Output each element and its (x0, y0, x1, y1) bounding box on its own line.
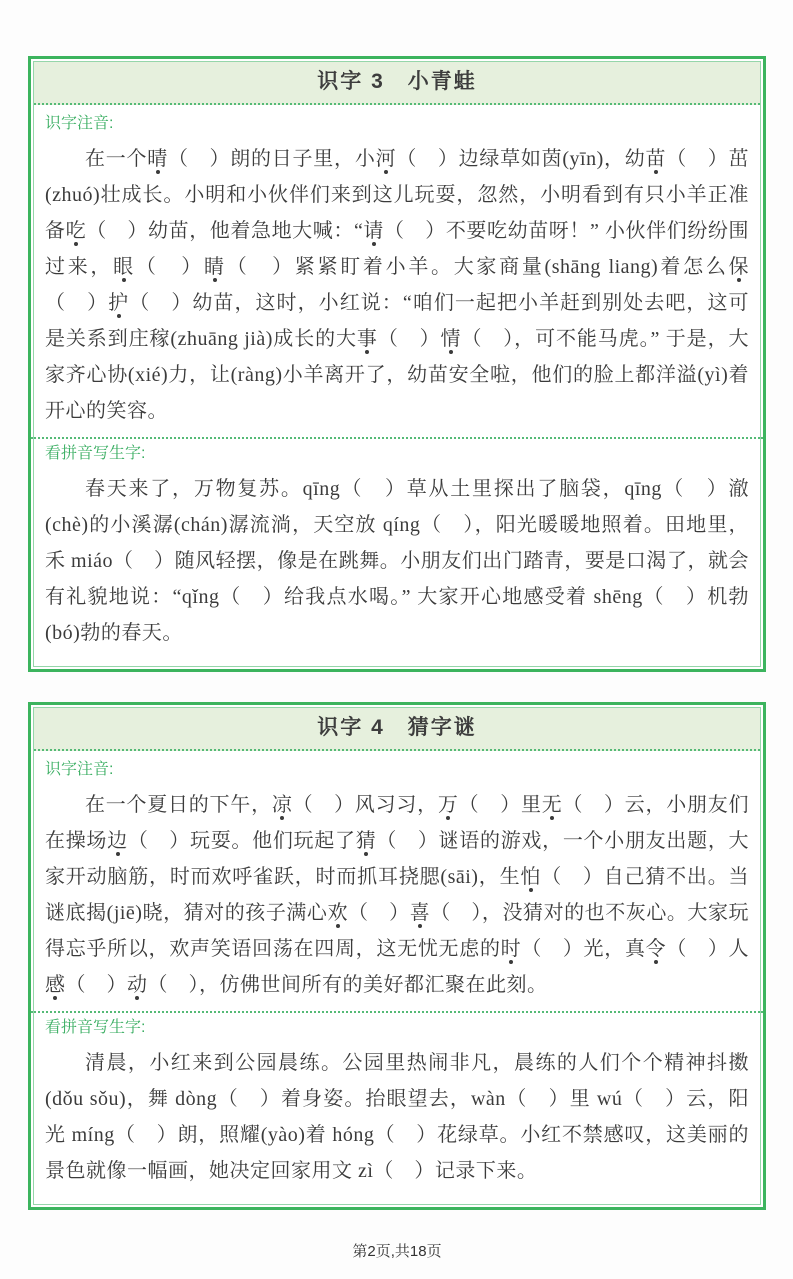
section-divider (31, 437, 763, 439)
lesson-title: 识字 4 猜字谜 (34, 715, 760, 741)
section-divider (31, 1011, 763, 1013)
pinyin-annotation-section: 识字注音: 在一个晴（ ）朗的日子里，小河（ ）边绿草如茵(yīn)，幼苗（ ）… (45, 113, 749, 429)
section-label: 识字注音: (45, 113, 749, 135)
lesson-card-2: 识字 4 猜字谜 识字注音: 在一个夏日的下午，凉（ ）风习习，万（ ）里无（ … (28, 702, 766, 1210)
worksheet-page: 识字 3 小青蛙 识字注音: 在一个晴（ ）朗的日子里，小河（ ）边绿草如茵(y… (0, 0, 793, 1279)
lesson-title: 识字 3 小青蛙 (34, 69, 760, 95)
write-characters-section: 看拼音写生字: 春天来了，万物复苏。qīng（ ）草从土里探出了脑袋，qīng（… (45, 443, 749, 651)
section-label: 看拼音写生字: (45, 1017, 749, 1039)
write-characters-section: 看拼音写生字: 清晨，小红来到公园晨练。公园里热闹非凡，晨练的人们个个精神抖擞(… (45, 1017, 749, 1189)
lesson-title-bar: 识字 3 小青蛙 (34, 62, 760, 105)
exercise-paragraph: 清晨，小红来到公园晨练。公园里热闹非凡，晨练的人们个个精神抖擞(dǒu sǒu)… (45, 1045, 749, 1189)
pinyin-annotation-section: 识字注音: 在一个夏日的下午，凉（ ）风习习，万（ ）里无（ ）云，小朋友们在操… (45, 759, 749, 1003)
lesson-card-1: 识字 3 小青蛙 识字注音: 在一个晴（ ）朗的日子里，小河（ ）边绿草如茵(y… (28, 56, 766, 672)
lesson-title-bar: 识字 4 猜字谜 (34, 708, 760, 751)
lesson-card-body: 识字注音: 在一个晴（ ）朗的日子里，小河（ ）边绿草如茵(yīn)，幼苗（ ）… (31, 105, 763, 669)
page-number: 第2页,共18页 (28, 1240, 766, 1261)
exercise-paragraph: 在一个夏日的下午，凉（ ）风习习，万（ ）里无（ ）云，小朋友们在操场边（ ）玩… (45, 787, 749, 1003)
section-label: 识字注音: (45, 759, 749, 781)
exercise-paragraph: 在一个晴（ ）朗的日子里，小河（ ）边绿草如茵(yīn)，幼苗（ ）茁(zhuó… (45, 141, 749, 429)
exercise-paragraph: 春天来了，万物复苏。qīng（ ）草从土里探出了脑袋，qīng（ ）澈(chè)… (45, 471, 749, 651)
section-label: 看拼音写生字: (45, 443, 749, 465)
lesson-card-body: 识字注音: 在一个夏日的下午，凉（ ）风习习，万（ ）里无（ ）云，小朋友们在操… (31, 751, 763, 1207)
